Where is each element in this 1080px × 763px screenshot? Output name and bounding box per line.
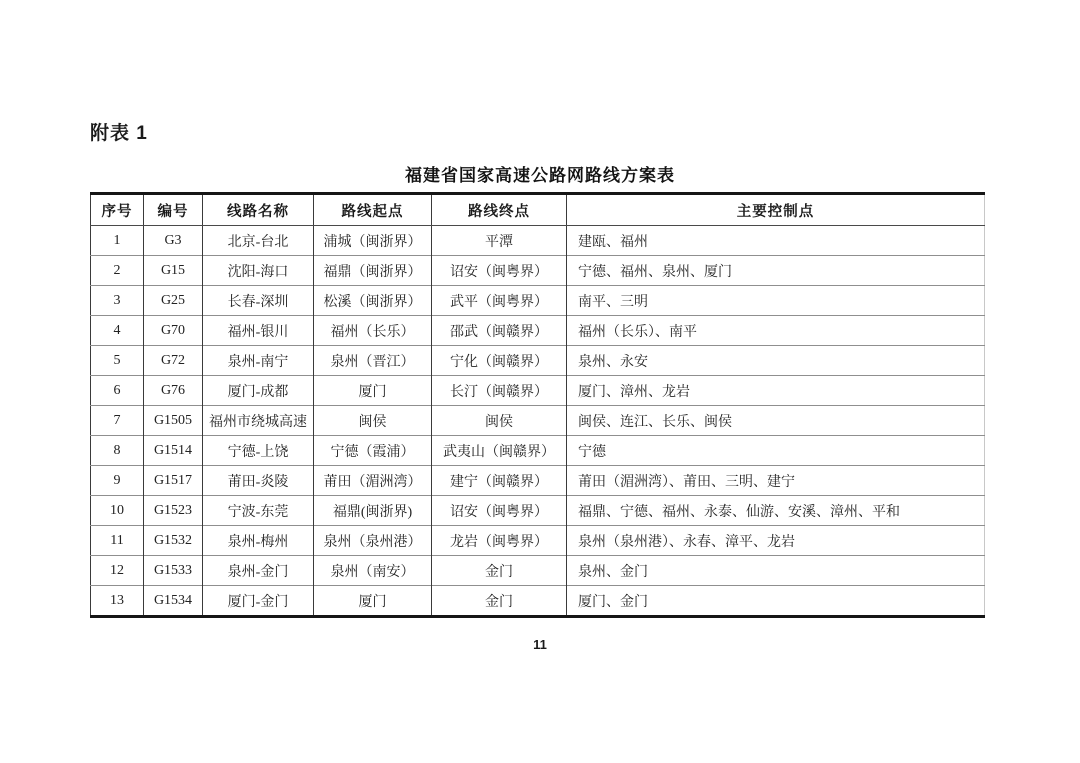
cell-control-points: 闽侯、连江、长乐、闽侯 xyxy=(567,406,985,436)
document-page: 附表 1 福建省国家高速公路网路线方案表 序号编号线路名称路线起点路线终点主要控… xyxy=(0,0,1080,763)
cell-start-point: 莆田（湄洲湾） xyxy=(314,466,432,496)
cell-code: G1517 xyxy=(144,466,203,496)
cell-start-point: 厦门 xyxy=(314,376,432,406)
cell-index: 13 xyxy=(91,586,144,617)
cell-index: 12 xyxy=(91,556,144,586)
column-header-code: 编号 xyxy=(144,194,203,226)
table-row: 12G1533泉州-金门泉州（南安）金门泉州、金门 xyxy=(91,556,985,586)
cell-end-point: 宁化（闽赣界） xyxy=(432,346,567,376)
cell-code: G1505 xyxy=(144,406,203,436)
cell-code: G15 xyxy=(144,256,203,286)
table-row: 1G3北京-台北浦城（闽浙界）平潭建瓯、福州 xyxy=(91,226,985,256)
cell-route-name: 福州市绕城高速 xyxy=(203,406,314,436)
cell-route-name: 福州-银川 xyxy=(203,316,314,346)
cell-index: 9 xyxy=(91,466,144,496)
page-title: 福建省国家高速公路网路线方案表 xyxy=(0,161,1080,186)
cell-index: 3 xyxy=(91,286,144,316)
cell-route-name: 北京-台北 xyxy=(203,226,314,256)
cell-start-point: 福鼎（闽浙界） xyxy=(314,256,432,286)
cell-code: G76 xyxy=(144,376,203,406)
table-row: 3G25长春-深圳松溪（闽浙界）武平（闽粤界）南平、三明 xyxy=(91,286,985,316)
cell-index: 1 xyxy=(91,226,144,256)
cell-route-name: 宁波-东莞 xyxy=(203,496,314,526)
cell-index: 6 xyxy=(91,376,144,406)
cell-end-point: 长汀（闽赣界） xyxy=(432,376,567,406)
cell-index: 7 xyxy=(91,406,144,436)
cell-route-name: 泉州-梅州 xyxy=(203,526,314,556)
cell-end-point: 龙岩（闽粤界） xyxy=(432,526,567,556)
cell-start-point: 浦城（闽浙界） xyxy=(314,226,432,256)
cell-code: G1532 xyxy=(144,526,203,556)
cell-code: G1523 xyxy=(144,496,203,526)
cell-route-name: 泉州-南宁 xyxy=(203,346,314,376)
cell-code: G70 xyxy=(144,316,203,346)
table-row: 5G72泉州-南宁泉州（晋江）宁化（闽赣界）泉州、永安 xyxy=(91,346,985,376)
table-row: 13G1534厦门-金门厦门金门厦门、金门 xyxy=(91,586,985,617)
cell-control-points: 莆田（湄洲湾）、莆田、三明、建宁 xyxy=(567,466,985,496)
cell-code: G1514 xyxy=(144,436,203,466)
cell-index: 11 xyxy=(91,526,144,556)
cell-code: G72 xyxy=(144,346,203,376)
column-header-index: 序号 xyxy=(91,194,144,226)
column-header-route-name: 线路名称 xyxy=(203,194,314,226)
cell-end-point: 金门 xyxy=(432,556,567,586)
cell-end-point: 金门 xyxy=(432,586,567,617)
cell-end-point: 诏安（闽粤界） xyxy=(432,496,567,526)
cell-route-name: 厦门-成都 xyxy=(203,376,314,406)
cell-control-points: 厦门、金门 xyxy=(567,586,985,617)
cell-start-point: 泉州（南安） xyxy=(314,556,432,586)
cell-index: 10 xyxy=(91,496,144,526)
cell-control-points: 南平、三明 xyxy=(567,286,985,316)
cell-start-point: 福鼎(闽浙界) xyxy=(314,496,432,526)
cell-control-points: 泉州、永安 xyxy=(567,346,985,376)
cell-route-name: 宁德-上饶 xyxy=(203,436,314,466)
cell-control-points: 泉州（泉州港）、永春、漳平、龙岩 xyxy=(567,526,985,556)
cell-route-name: 泉州-金门 xyxy=(203,556,314,586)
cell-route-name: 沈阳-海口 xyxy=(203,256,314,286)
cell-control-points: 宁德、福州、泉州、厦门 xyxy=(567,256,985,286)
cell-index: 4 xyxy=(91,316,144,346)
table-row: 8G1514宁德-上饶宁德（霞浦）武夷山（闽赣界）宁德 xyxy=(91,436,985,466)
cell-start-point: 松溪（闽浙界） xyxy=(314,286,432,316)
cell-end-point: 诏安（闽粤界） xyxy=(432,256,567,286)
cell-end-point: 邵武（闽赣界） xyxy=(432,316,567,346)
cell-control-points: 泉州、金门 xyxy=(567,556,985,586)
column-header-control-points: 主要控制点 xyxy=(567,194,985,226)
route-table: 序号编号线路名称路线起点路线终点主要控制点 1G3北京-台北浦城（闽浙界）平潭建… xyxy=(90,192,985,618)
cell-start-point: 宁德（霞浦） xyxy=(314,436,432,466)
cell-index: 5 xyxy=(91,346,144,376)
table-row: 9G1517莆田-炎陵莆田（湄洲湾）建宁（闽赣界）莆田（湄洲湾）、莆田、三明、建… xyxy=(91,466,985,496)
cell-start-point: 泉州（泉州港） xyxy=(314,526,432,556)
table-row: 4G70福州-银川福州（长乐）邵武（闽赣界）福州（长乐）、南平 xyxy=(91,316,985,346)
cell-start-point: 泉州（晋江） xyxy=(314,346,432,376)
table-row: 6G76厦门-成都厦门长汀（闽赣界）厦门、漳州、龙岩 xyxy=(91,376,985,406)
cell-end-point: 建宁（闽赣界） xyxy=(432,466,567,496)
cell-end-point: 平潭 xyxy=(432,226,567,256)
cell-route-name: 厦门-金门 xyxy=(203,586,314,617)
table-header-row: 序号编号线路名称路线起点路线终点主要控制点 xyxy=(91,194,985,226)
cell-index: 8 xyxy=(91,436,144,466)
cell-start-point: 闽侯 xyxy=(314,406,432,436)
table-row: 11G1532泉州-梅州泉州（泉州港）龙岩（闽粤界）泉州（泉州港）、永春、漳平、… xyxy=(91,526,985,556)
cell-start-point: 福州（长乐） xyxy=(314,316,432,346)
cell-index: 2 xyxy=(91,256,144,286)
column-header-end-point: 路线终点 xyxy=(432,194,567,226)
cell-code: G1534 xyxy=(144,586,203,617)
cell-end-point: 闽侯 xyxy=(432,406,567,436)
cell-control-points: 福鼎、宁德、福州、永泰、仙游、安溪、漳州、平和 xyxy=(567,496,985,526)
cell-control-points: 厦门、漳州、龙岩 xyxy=(567,376,985,406)
cell-start-point: 厦门 xyxy=(314,586,432,617)
table-row: 2G15沈阳-海口福鼎（闽浙界）诏安（闽粤界）宁德、福州、泉州、厦门 xyxy=(91,256,985,286)
cell-control-points: 建瓯、福州 xyxy=(567,226,985,256)
page-number: 11 xyxy=(0,637,1080,652)
cell-code: G3 xyxy=(144,226,203,256)
column-header-start-point: 路线起点 xyxy=(314,194,432,226)
table-row: 10G1523宁波-东莞福鼎(闽浙界)诏安（闽粤界）福鼎、宁德、福州、永泰、仙游… xyxy=(91,496,985,526)
appendix-label: 附表 1 xyxy=(90,118,148,145)
cell-code: G25 xyxy=(144,286,203,316)
cell-control-points: 福州（长乐）、南平 xyxy=(567,316,985,346)
cell-code: G1533 xyxy=(144,556,203,586)
cell-route-name: 莆田-炎陵 xyxy=(203,466,314,496)
cell-control-points: 宁德 xyxy=(567,436,985,466)
cell-route-name: 长春-深圳 xyxy=(203,286,314,316)
cell-end-point: 武平（闽粤界） xyxy=(432,286,567,316)
table-row: 7G1505福州市绕城高速闽侯闽侯闽侯、连江、长乐、闽侯 xyxy=(91,406,985,436)
cell-end-point: 武夷山（闽赣界） xyxy=(432,436,567,466)
